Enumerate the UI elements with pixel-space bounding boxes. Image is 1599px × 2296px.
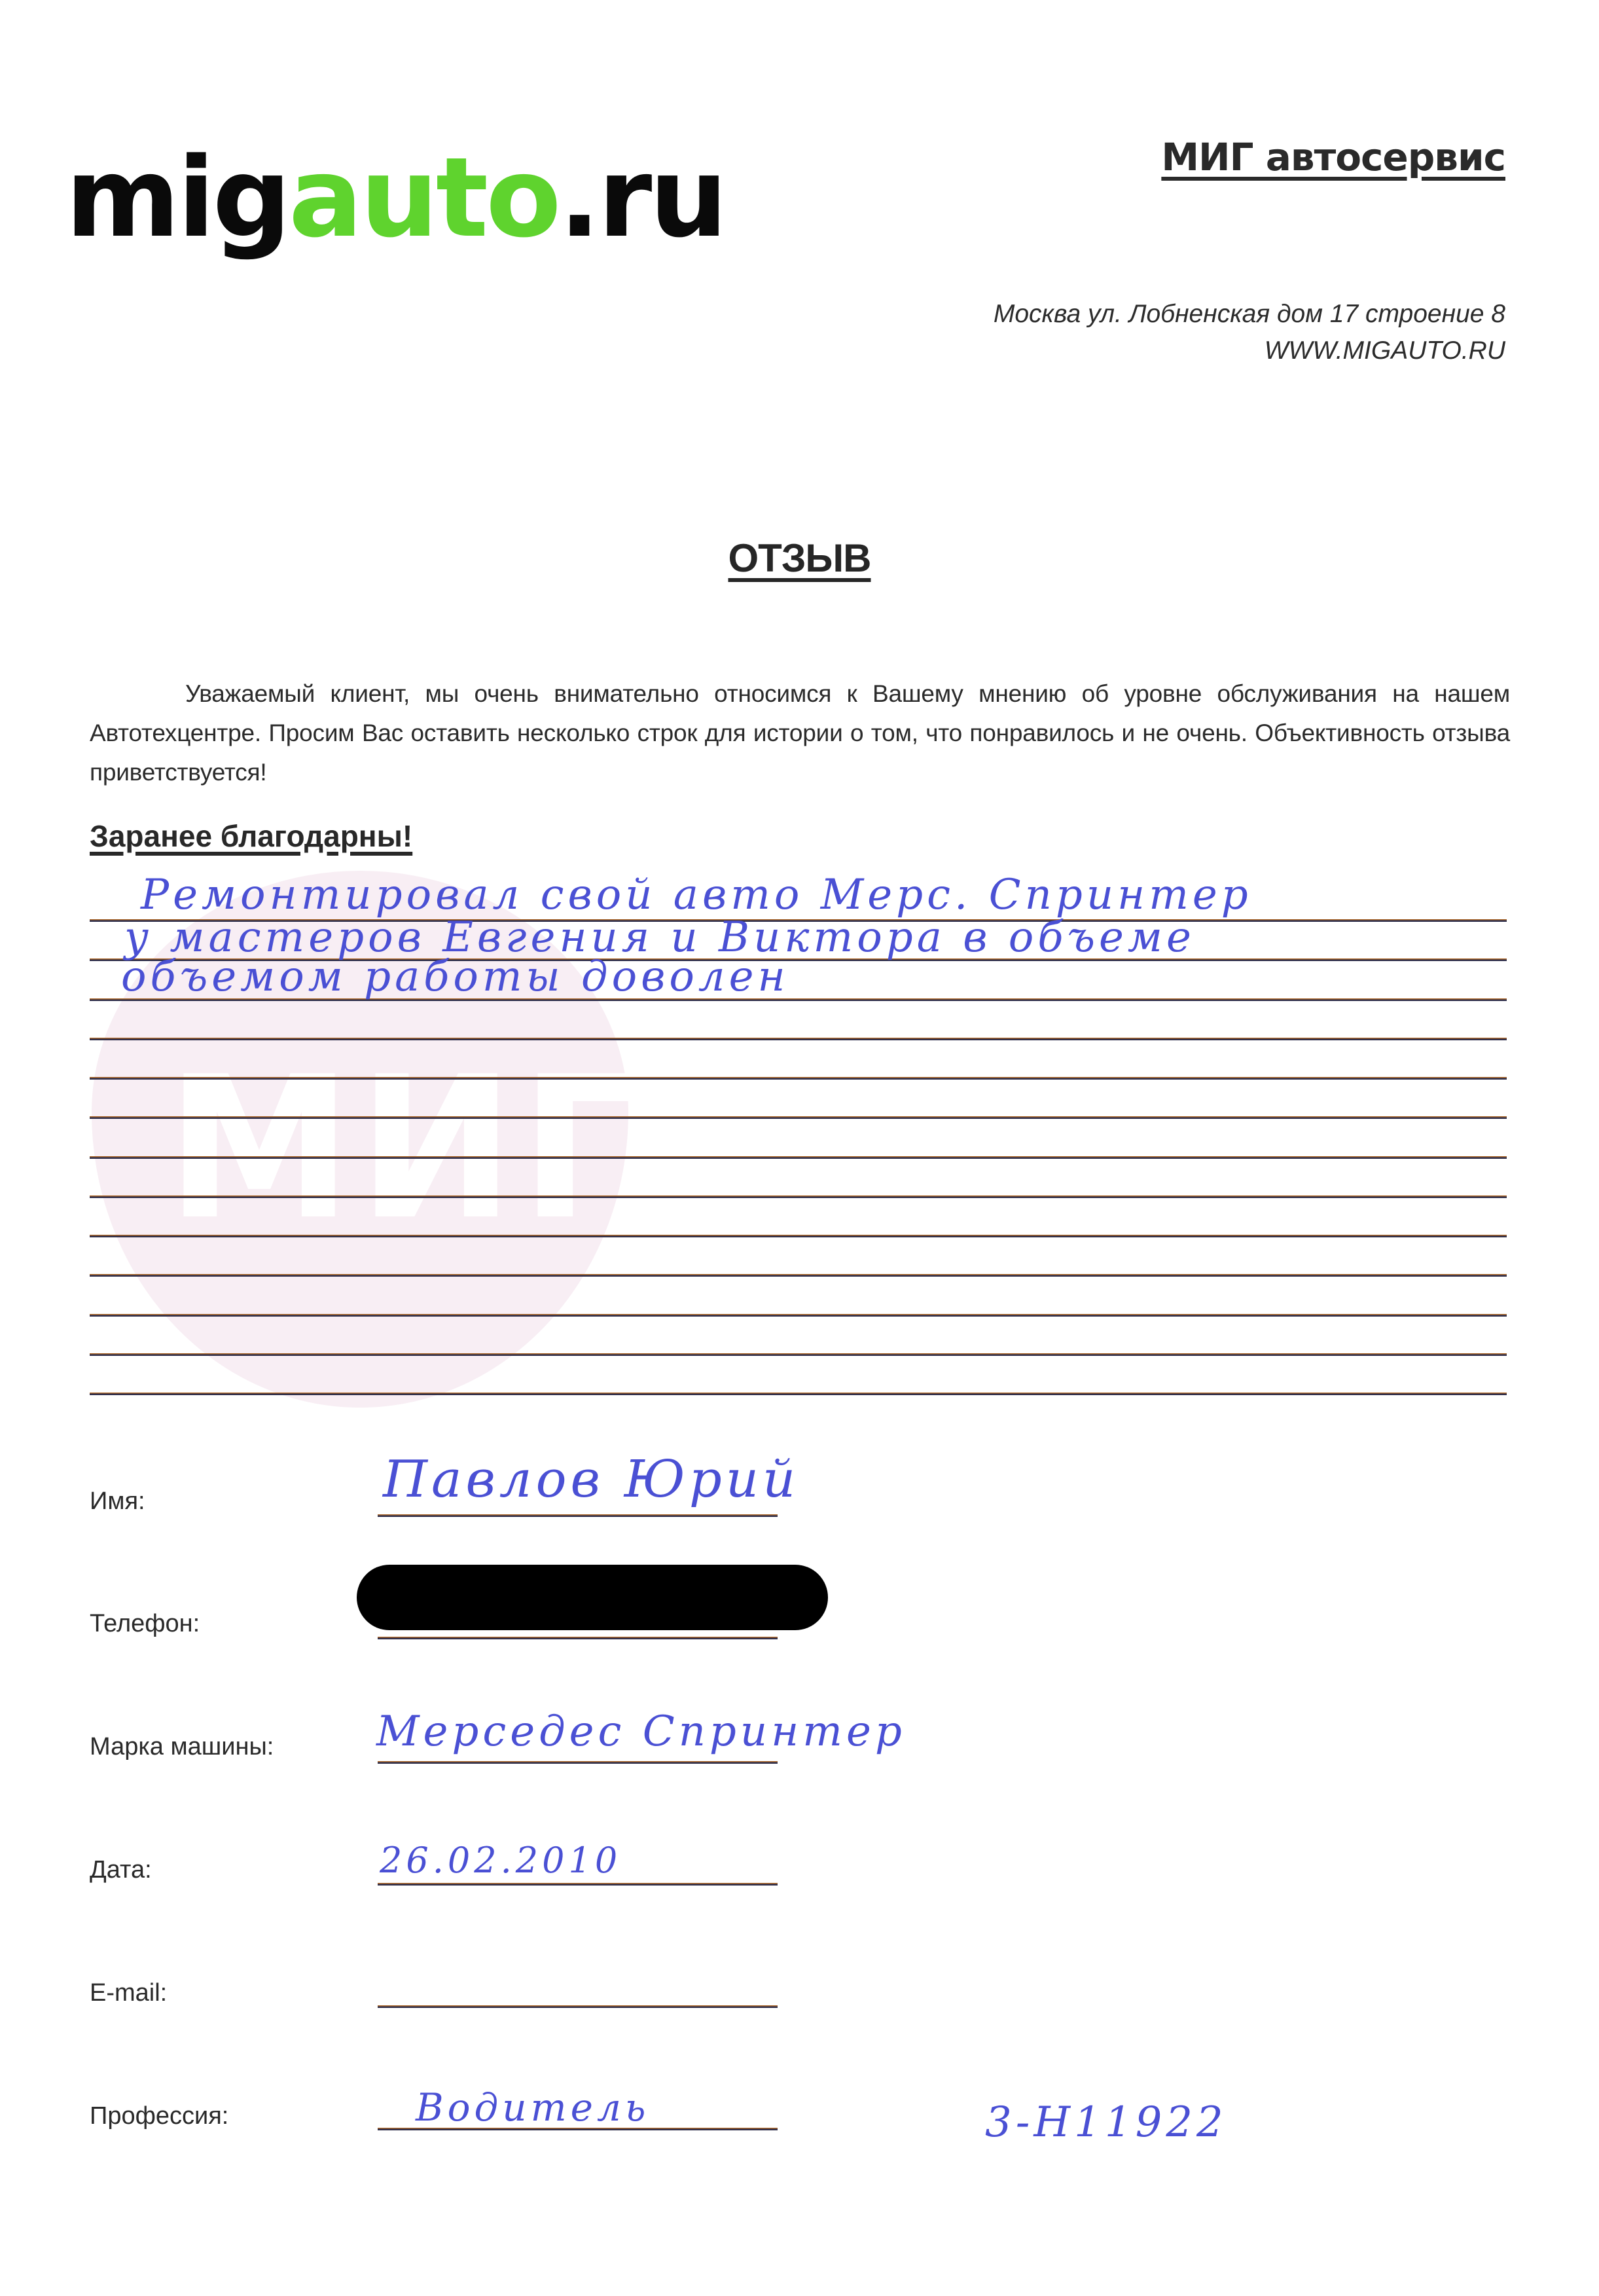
ruled-line (90, 1038, 1507, 1040)
email-field[interactable] (378, 2005, 778, 2008)
handwritten-line-1: Ремонтировал свой авто Мерс. Спринтер (141, 871, 1252, 919)
intro-paragraph: Уважаемый клиент, мы очень внимательно о… (90, 674, 1510, 792)
ruled-line (90, 1353, 1507, 1356)
car-brand-field[interactable] (378, 1761, 778, 1764)
phone-redaction (357, 1565, 828, 1630)
logo-part-mig: mig (65, 134, 289, 262)
profession-value: Водитель (416, 2085, 649, 2130)
thanks-heading: Заранее благодарны! (90, 818, 412, 854)
ruled-line (90, 1314, 1507, 1317)
ruled-line (90, 1156, 1507, 1159)
name-field[interactable] (378, 1514, 778, 1517)
watermark-text: МИГ (166, 1034, 645, 1263)
label-profession: Профессия: (90, 2102, 228, 2130)
handwritten-annotation: 3-Н11922 (985, 2098, 1227, 2147)
car-brand-value: Мерседес Спринтер (376, 1707, 906, 1756)
company-address: Москва ул. Лобненская дом 17 строение 8 (994, 300, 1505, 329)
ruled-line (90, 1274, 1507, 1277)
brand-name: МИГ автосервис (1161, 135, 1505, 179)
date-value: 26.02.2010 (380, 1840, 621, 1881)
ruled-line (90, 1393, 1507, 1395)
label-car-brand: Марка машины: (90, 1733, 274, 1761)
ruled-line (90, 1077, 1507, 1080)
logo-part-auto: auto (289, 134, 559, 262)
label-phone: Телефон: (90, 1610, 200, 1638)
document-title-text: ОТЗЫВ (728, 536, 871, 580)
label-date: Дата: (90, 1856, 152, 1884)
name-value: Павлов Юрий (383, 1450, 799, 1509)
company-website: WWW.MIGAUTO.RU (1265, 337, 1505, 365)
ruled-line (90, 1235, 1507, 1237)
migauto-logo: migauto.ru (65, 143, 725, 253)
handwritten-line-3: объемом работы доволен (121, 953, 789, 1001)
ruled-line (90, 1116, 1507, 1119)
date-field[interactable] (378, 1883, 778, 1886)
label-name: Имя: (90, 1487, 145, 1516)
profession-field[interactable] (378, 2128, 778, 2130)
label-email: E-mail: (90, 1979, 167, 2007)
document-title: ОТЗЫВ (0, 536, 1599, 581)
phone-field[interactable] (378, 1637, 778, 1639)
logo-part-ru: .ru (559, 134, 725, 262)
ruled-line (90, 1195, 1507, 1198)
